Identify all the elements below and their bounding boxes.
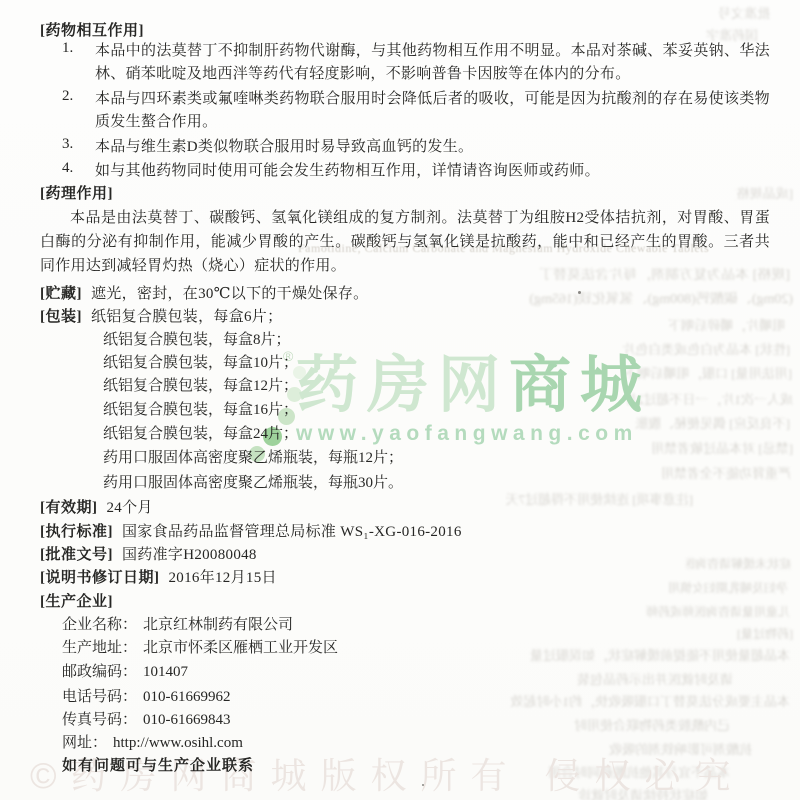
- list-number: 1.: [62, 40, 73, 57]
- phone-value: 010-61669962: [143, 689, 231, 705]
- watermark-logo-text: 药房网商城: [296, 352, 651, 420]
- company-name-value: 北京红林制药有限公司: [143, 617, 293, 633]
- company-name-row: 企业名称：北京红林制药有限公司: [62, 615, 293, 635]
- standard-line: [执行标准]国家食品药品监督管理总局标准 WS₁-XG-016-2016: [40, 522, 462, 542]
- packaging-text: 纸铝复合膜包装，每盒6片；: [91, 309, 282, 325]
- validity-label: [有效期]: [40, 500, 98, 516]
- revision-text: 2016年12月15日: [169, 570, 277, 586]
- section-title-drug-interactions: [药物相互作用]: [40, 21, 144, 41]
- revision-date-line: [说明书修订日期]2016年12月15日: [40, 568, 277, 588]
- bleed-through-text: 症状未缓解请咨询医师: [686, 556, 791, 572]
- interaction-item-3: 本品与维生素D类似物联合服用时易导致高血钙的发生。: [95, 136, 770, 159]
- approval-text: 国药准字H20080048: [122, 547, 257, 563]
- section-title-manufacturer: [生产企业]: [40, 592, 113, 612]
- company-name-key: 企业名称：: [62, 617, 137, 633]
- bleed-through-text: 咀嚼片，嚼碎后咽下: [585, 318, 785, 334]
- watermark-logo-part2: 商城: [509, 351, 651, 420]
- bleed-through-text: 本品主要成分法莫替丁口服吸收快，约1小时起效: [400, 694, 790, 710]
- fax-key: 传真号码：: [62, 712, 137, 728]
- website-value: http://www.osihl.com: [113, 735, 243, 751]
- address-value: 北京市怀柔区雁栖工业开发区: [143, 640, 338, 656]
- bleed-through-text: 严重肾功能不全者禁用: [636, 466, 791, 482]
- phone-row: 电话号码：010-61669962: [62, 687, 231, 707]
- bleed-through-text: [注意事项] 连续使用不得超过7天: [468, 492, 693, 508]
- bleed-through-text: 己内酰胺类药物联合使用时: [498, 718, 730, 734]
- bleed-through-text: [药物过量]: [728, 626, 793, 642]
- pharmacology-paragraph: 本品是由法莫替丁、碳酸钙、氢氧化镁组成的复方制剂。法莫替丁为组胺H2受体拮抗剂，…: [40, 206, 770, 278]
- storage-label: [贮藏]: [40, 286, 82, 302]
- phone-key: 电话号码：: [62, 689, 137, 705]
- footer-note: 如有问题可与生产企业联系: [62, 756, 254, 776]
- postcode-key: 邮政编码：: [62, 664, 137, 680]
- yaofangwang-watermark-logo: 药房网商城 www.yaofangwang.com: [296, 352, 651, 446]
- standard-label: [执行标准]: [40, 524, 113, 540]
- standard-text: 国家食品药品监督管理总局标准 WS₁-XG-016-2016: [122, 524, 462, 540]
- packaging-line-7: 药用口服固体高密度聚乙烯瓶装，每瓶12片；: [103, 448, 403, 468]
- bleed-through-text: 批准文号: [690, 6, 770, 22]
- storage-text: 遮光，密封，在30℃以下的干燥处保存。: [91, 286, 368, 302]
- address-key: 生产地址：: [62, 640, 137, 656]
- bleed-through-text: [成品规格]: [735, 186, 793, 202]
- storage-line: [贮藏]遮光，密封，在30℃以下的干燥处保存。: [40, 284, 368, 304]
- interaction-item-1: 本品中的法莫替丁不抑制肝药物代谢酶，与其他药物相互作用不明显。本品对茶碱、苯妥英…: [95, 40, 770, 86]
- scan-speck: [578, 291, 581, 294]
- postcode-row: 邮政编码：101407: [62, 662, 188, 682]
- packaging-line-5: 纸铝复合膜包装，每盒16片；: [103, 400, 298, 420]
- interaction-item-2: 本品与四环素类或氟喹啉类药物联合服用时会降低后者的吸收，可能是因为抗酸剂的存在易…: [95, 88, 770, 134]
- bleed-through-text: 儿童用量请咨询医师或药师: [640, 604, 790, 620]
- packaging-line-3: 纸铝复合膜包装，每盒10片；: [103, 353, 298, 373]
- bleed-through-text: 孕妇及哺乳期妇女慎用: [658, 580, 788, 596]
- packaging-line-6: 纸铝复合膜包装，每盒24片；: [103, 424, 298, 444]
- list-number: 4.: [62, 160, 73, 177]
- fax-value: 010-61669843: [143, 712, 231, 728]
- section-title-pharmacology: [药理作用]: [40, 184, 113, 204]
- fax-row: 传真号码：010-61669843: [62, 710, 231, 730]
- revision-label: [说明书修订日期]: [40, 570, 160, 586]
- bleed-through-text: 本品超量使用不能提前缓解症状，如误服过量: [428, 648, 790, 664]
- bleed-through-text: (20mg)、碳酸钙(800mg)、氢氧化镁(165mg): [448, 292, 793, 308]
- scan-speck: [422, 784, 424, 786]
- bleed-through-text: 请及时就医并出示药品包装: [528, 672, 733, 688]
- list-number: 2.: [62, 88, 73, 105]
- approval-label: [批准文号]: [40, 547, 113, 563]
- packaging-label: [包装]: [40, 309, 82, 325]
- website-key: 网址：: [62, 735, 107, 751]
- validity-text: 24个月: [107, 500, 153, 516]
- drug-leaflet-scan: 批准文号 国药准字 [成品规格] [规格] 本品为复方制剂，每片含法莫替丁 (2…: [0, 0, 800, 800]
- validity-line: [有效期]24个月: [40, 498, 153, 518]
- packaging-line-2: 纸铝复合膜包装，每盒8片；: [103, 330, 291, 350]
- packaging-line-8: 药用口服固体高密度聚乙烯瓶装，每瓶30片。: [103, 473, 403, 493]
- packaging-line-4: 纸铝复合膜包装，每盒12片；: [103, 376, 298, 396]
- website-row: 网址：http://www.osihl.com: [62, 733, 243, 753]
- packaging-line-1: [包装]纸铝复合膜包装，每盒6片；: [40, 307, 282, 327]
- interaction-item-4: 如与其他药物同时使用可能会发生药物相互作用，详情请咨询医师或药师。: [95, 160, 770, 183]
- list-number: 3.: [62, 136, 73, 153]
- address-row: 生产地址：北京市怀柔区雁栖工业开发区: [62, 638, 338, 658]
- watermark-logo-part1: 药房网: [296, 351, 509, 420]
- postcode-value: 101407: [143, 664, 188, 680]
- watermark-url-text: www.yaofangwang.com: [296, 422, 651, 446]
- approval-number-line: [批准文号]国药准字H20080048: [40, 545, 257, 565]
